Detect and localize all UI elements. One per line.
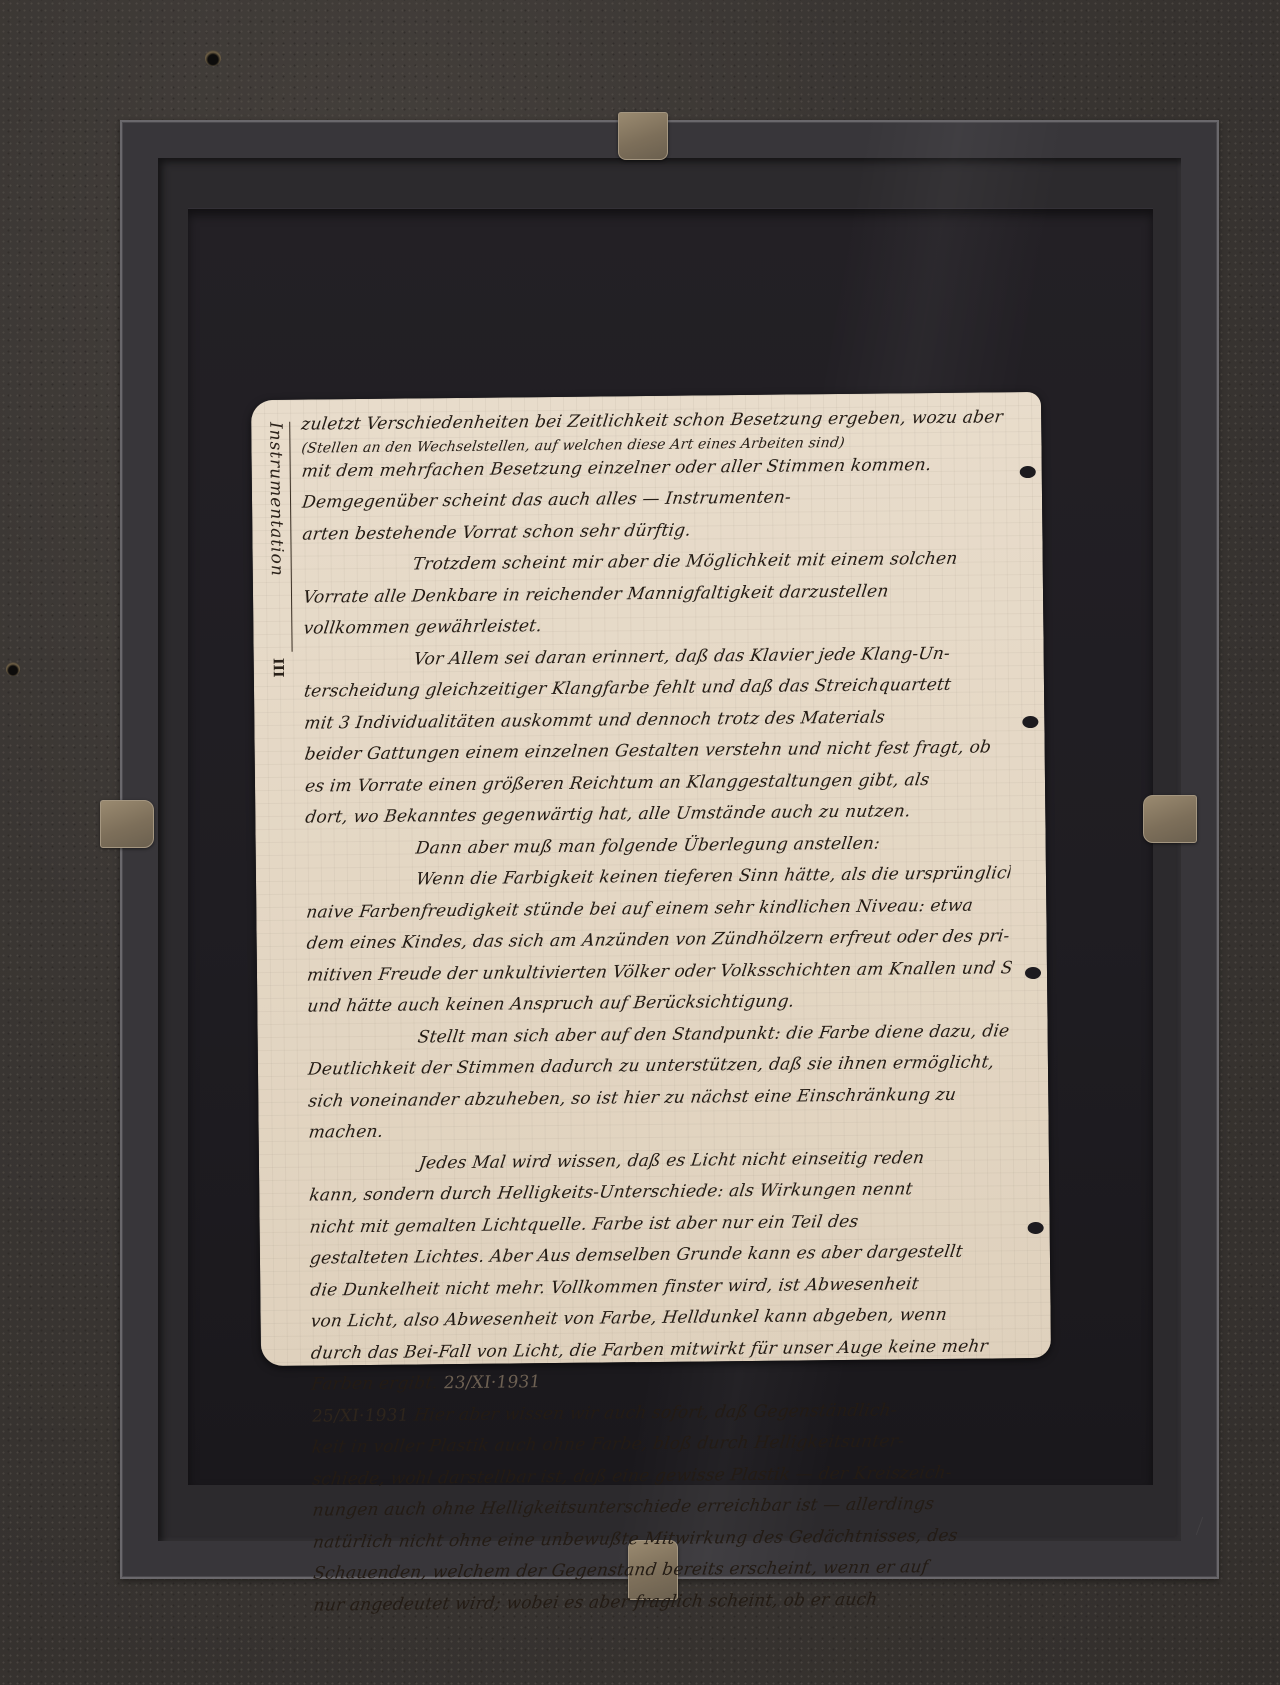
frame-clip-left (100, 800, 154, 848)
punch-hole (1028, 1222, 1044, 1234)
margin-section-number: III (270, 658, 286, 678)
date-ink: 25/XI·1931 (310, 1405, 409, 1426)
frame-clip-right (1143, 795, 1197, 843)
punch-hole (1020, 466, 1036, 478)
wall-screw-hole (6, 662, 20, 676)
manuscript-page: Instrumentation III zuletzt Verschiedenh… (251, 392, 1051, 1366)
text-fragment: Hier aber wissen wir auch sofort, daß Ge… (413, 1400, 898, 1425)
punch-hole (1022, 716, 1038, 728)
manuscript-text: zuletzt Verschiedenheiten bei Zeitlichke… (301, 402, 1018, 1621)
text-fragment: Farben ergibt. (310, 1373, 439, 1394)
frame-clip-top (618, 112, 668, 160)
wall-screw-hole (205, 50, 221, 66)
margin-heading-text: Instrumentation (265, 422, 287, 577)
punch-hole (1025, 967, 1041, 979)
margin-heading: Instrumentation (259, 422, 292, 652)
text-line: nur angedeutet wird; wobei es aber fragl… (312, 1583, 1020, 1622)
date-pencil: 23/XI·1931 (442, 1372, 541, 1393)
